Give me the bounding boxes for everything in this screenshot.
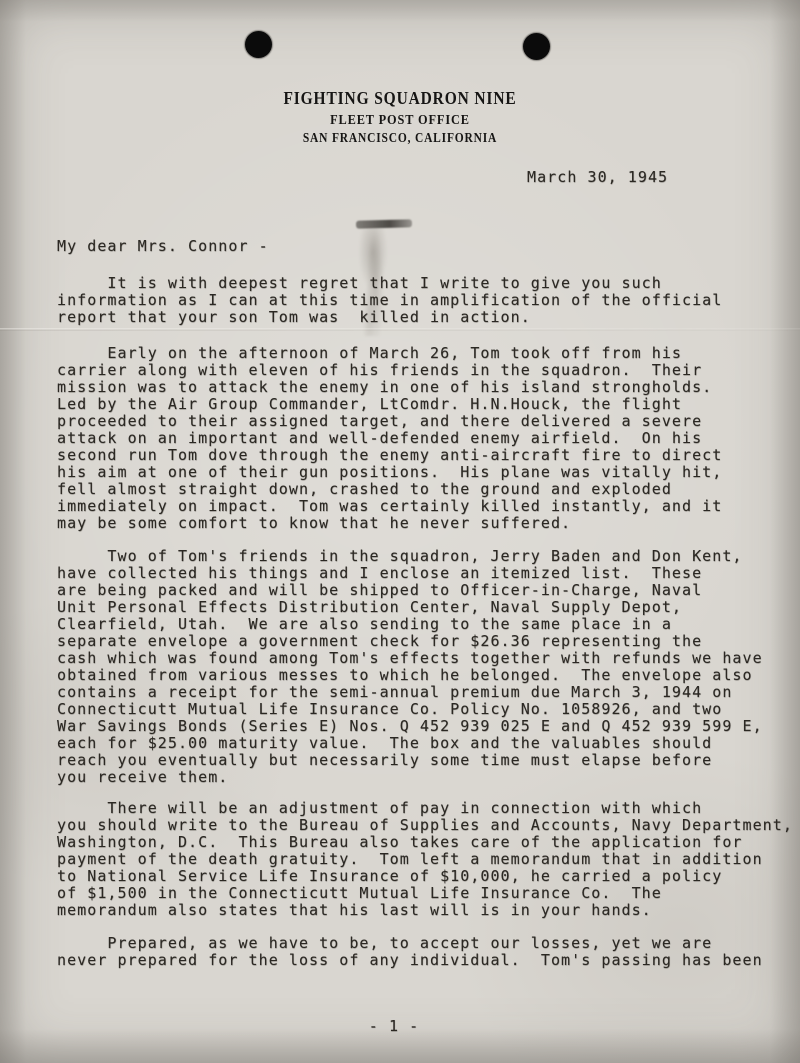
paragraph-3: Two of Tom's friends in the squadron, Je… bbox=[57, 548, 799, 786]
letterhead-squadron-name: FIGHTING SQUADRON NINE bbox=[56, 88, 744, 108]
paragraph-1: It is with deepest regret that I write t… bbox=[57, 275, 799, 326]
letterhead-city: SAN FRANCISCO, CALIFORNIA bbox=[72, 131, 728, 147]
hole-punch-right-icon bbox=[523, 33, 550, 60]
hole-punch-left-icon bbox=[245, 31, 272, 58]
paragraph-5: Prepared, as we have to be, to accept ou… bbox=[57, 935, 799, 969]
paragraph-4: There will be an adjustment of pay in co… bbox=[57, 800, 799, 919]
letterhead-post-office: FLEET POST OFFICE bbox=[48, 113, 752, 129]
letter-page: FIGHTING SQUADRON NINE FLEET POST OFFICE… bbox=[0, 0, 800, 1063]
page-number: - 1 - bbox=[0, 1017, 788, 1035]
paragraph-2: Early on the afternoon of March 26, Tom … bbox=[57, 345, 799, 532]
letter-body: My dear Mrs. Connor - It is with deepest… bbox=[57, 238, 799, 969]
letterhead: FIGHTING SQUADRON NINE FLEET POST OFFICE… bbox=[0, 88, 800, 147]
date-line: March 30, 1945 bbox=[527, 168, 668, 186]
salutation: My dear Mrs. Connor - bbox=[57, 238, 799, 255]
